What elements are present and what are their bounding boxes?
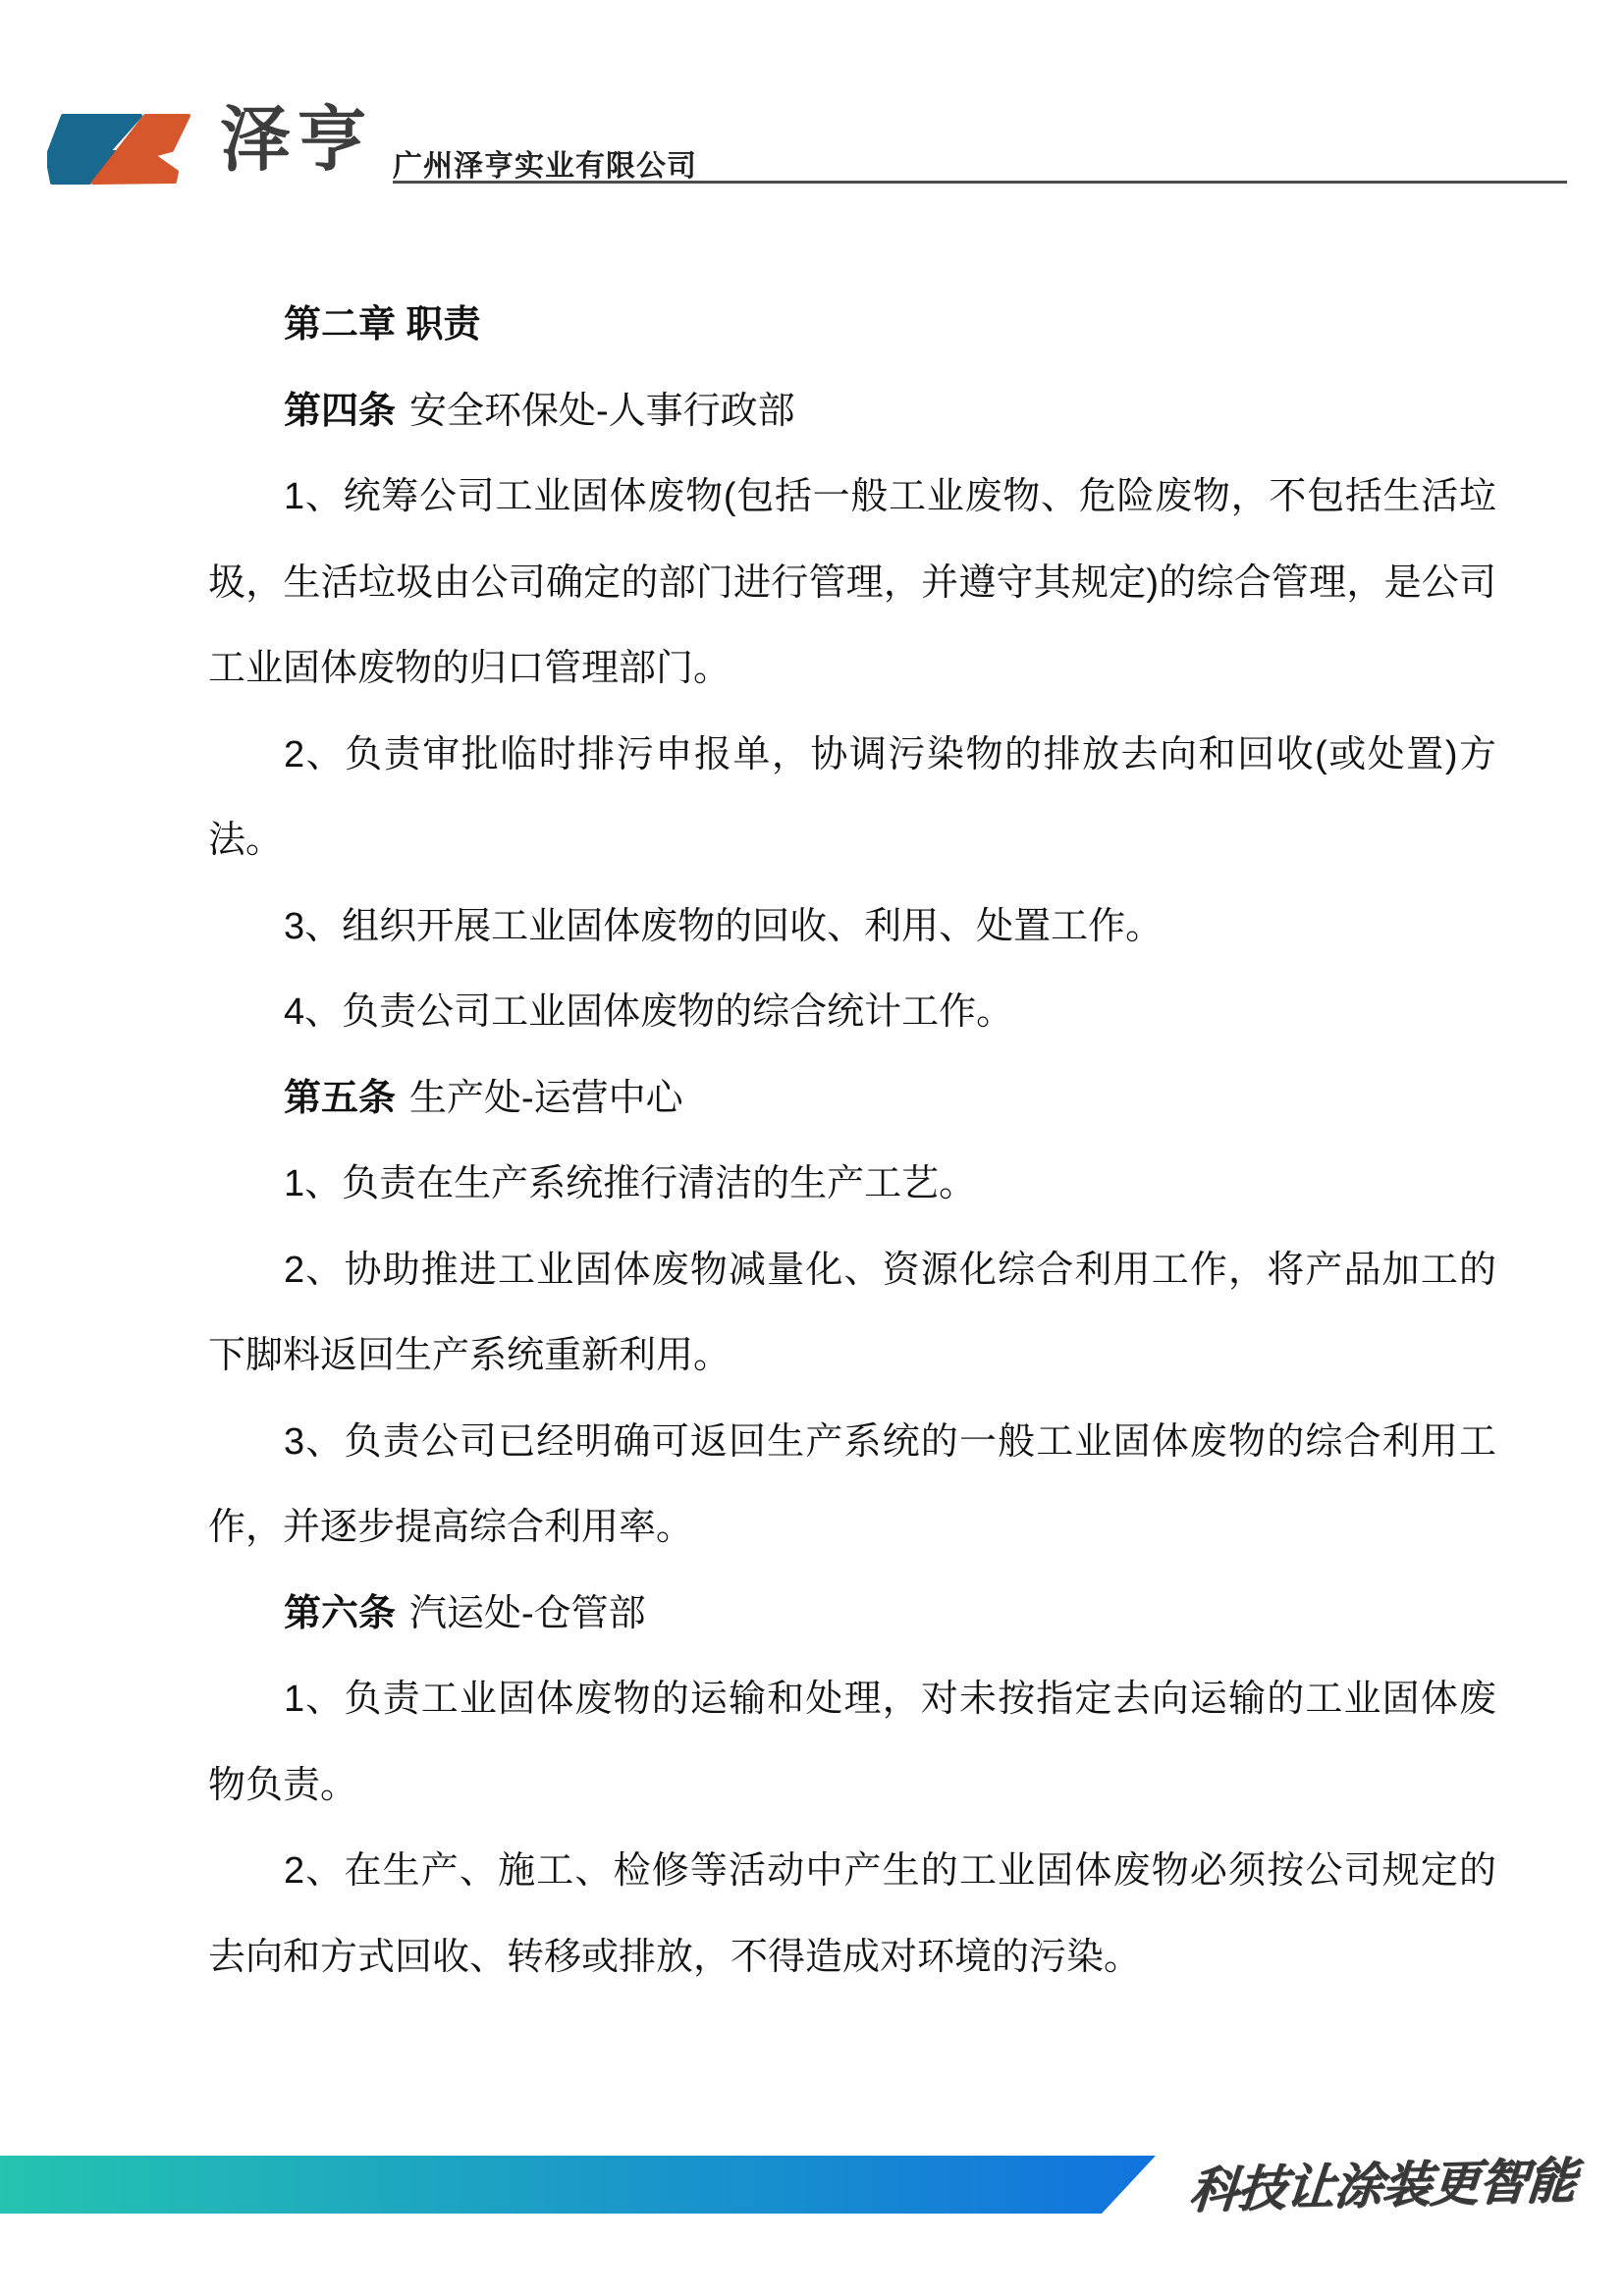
chapter-title: 第二章 职责: [208, 283, 1496, 369]
section-4-title: 安全环保处-人事行政部: [409, 391, 795, 432]
document-body: 第二章 职责 第四条安全环保处-人事行政部 1、统筹公司工业固体废物(包括一般工…: [208, 283, 1496, 2001]
section-6-heading: 第六条汽运处-仓管部: [208, 1572, 1496, 1658]
section-6-item-1: 1、负责工业固体废物的运输和处理，对未按指定去向运输的工业固体废物负责。: [208, 1657, 1496, 1829]
header-divider: [393, 181, 1567, 184]
section-4-heading: 第四条安全环保处-人事行政部: [208, 369, 1496, 455]
section-4-item-3: 3、组织开展工业固体废物的回收、利用、处置工作。: [208, 884, 1496, 971]
section-5-item-3: 3、负责公司已经明确可返回生产系统的一般工业固体废物的综合利用工作，并逐步提高综…: [208, 1400, 1496, 1572]
section-4-item-2: 2、负责审批临时排污申报单，协调污染物的排放去向和回收(或处置)方法。: [208, 713, 1496, 884]
section-5-label: 第五条: [284, 1078, 396, 1119]
section-6-label: 第六条: [284, 1593, 396, 1634]
section-6-title: 汽运处-仓管部: [409, 1593, 646, 1634]
section-4-label: 第四条: [284, 391, 396, 432]
section-6-item-2: 2、在生产、施工、检修等活动中产生的工业固体废物必须按公司规定的去向和方式回收、…: [208, 1829, 1496, 2001]
section-5-heading: 第五条生产处-运营中心: [208, 1056, 1496, 1143]
document-page: 泽亨 广州泽亨实业有限公司 第二章 职责 第四条安全环保处-人事行政部 1、统筹…: [0, 0, 1624, 2296]
footer-slogan: 科技让涂装更智能: [1187, 2141, 1606, 2222]
company-name: 广州泽亨实业有限公司: [393, 141, 697, 185]
company-logo-icon: [47, 106, 204, 214]
brand-logotype: 泽亨: [220, 102, 373, 180]
section-5-title: 生产处-运营中心: [409, 1078, 683, 1119]
section-5-item-1: 1、负责在生产系统推行清洁的生产工艺。: [208, 1142, 1496, 1228]
section-5-item-2: 2、协助推进工业固体废物减量化、资源化综合利用工作，将产品加工的下脚料返回生产系…: [208, 1228, 1496, 1400]
footer-gradient-stripe: [0, 2156, 1156, 2214]
section-4-item-1: 1、统筹公司工业固体废物(包括一般工业废物、危险废物，不包括生活垃圾，生活垃圾由…: [208, 454, 1496, 713]
section-4-item-4: 4、负责公司工业固体废物的综合统计工作。: [208, 970, 1496, 1056]
